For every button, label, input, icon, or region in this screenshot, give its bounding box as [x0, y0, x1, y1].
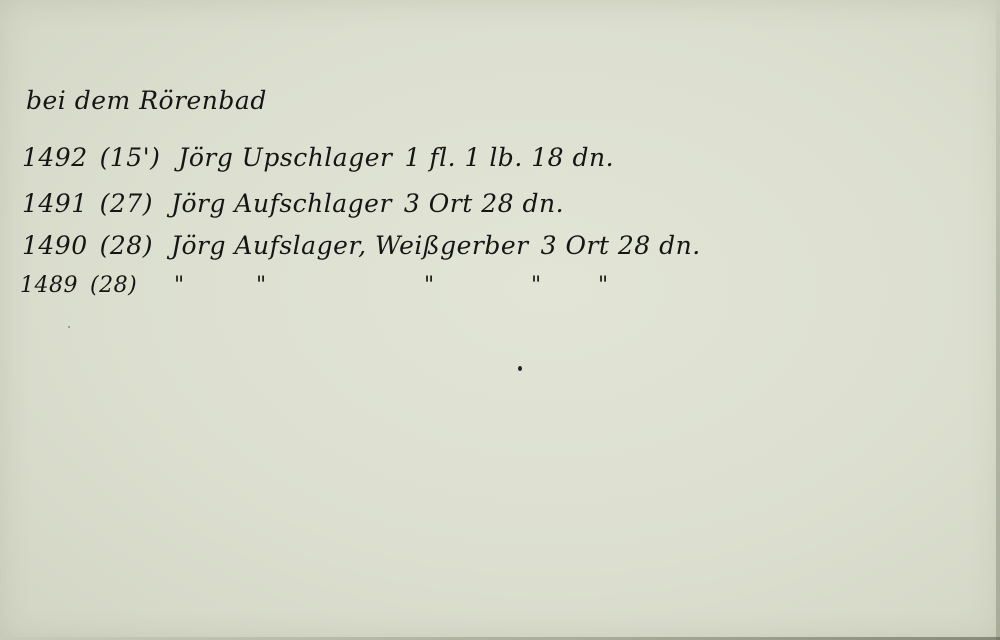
entry-row: 1492(15')Jörg Upschlager1 fl. 1 lb. 18 d…: [22, 143, 614, 172]
entry-name: Jörg Aufschlager: [171, 189, 392, 218]
ink-dot: [518, 366, 522, 371]
index-card: bei dem Rörenbad 1492(15')Jörg Upschlage…: [0, 0, 1000, 640]
entry-amount: 1 fl. 1 lb. 18 dn.: [404, 143, 614, 172]
entry-amount: 3 Ort 28 dn.: [541, 231, 701, 260]
paper-speck: [68, 326, 70, 328]
card-edge-right: [996, 0, 1000, 640]
entry-year: 1491: [22, 189, 88, 218]
entry-count: (15'): [100, 143, 161, 172]
entry-row: 1490(28)Jörg Aufslager, Weißgerber3 Ort …: [22, 231, 701, 260]
ditto-mark: ": [598, 273, 609, 298]
entry-name: Jörg Upschlager: [178, 143, 392, 172]
entry-count: (28): [90, 273, 137, 298]
entry-row: 1489(28): [20, 273, 137, 298]
entry-row: 1491(27)Jörg Aufschlager3 Ort 28 dn.: [22, 189, 564, 218]
ditto-mark: ": [531, 273, 542, 298]
entry-year: 1492: [22, 143, 88, 172]
entry-count: (27): [100, 189, 153, 218]
ditto-mark: ": [256, 273, 267, 298]
entry-name: Jörg Aufslager, Weißgerber: [171, 231, 529, 260]
entry-count: (28): [100, 231, 153, 260]
ditto-mark: ": [174, 273, 185, 298]
entry-amount: 3 Ort 28 dn.: [404, 189, 564, 218]
ditto-mark: ": [424, 273, 435, 298]
entry-year: 1490: [22, 231, 88, 260]
card-heading: bei dem Rörenbad: [26, 86, 267, 115]
entry-year: 1489: [20, 273, 78, 298]
